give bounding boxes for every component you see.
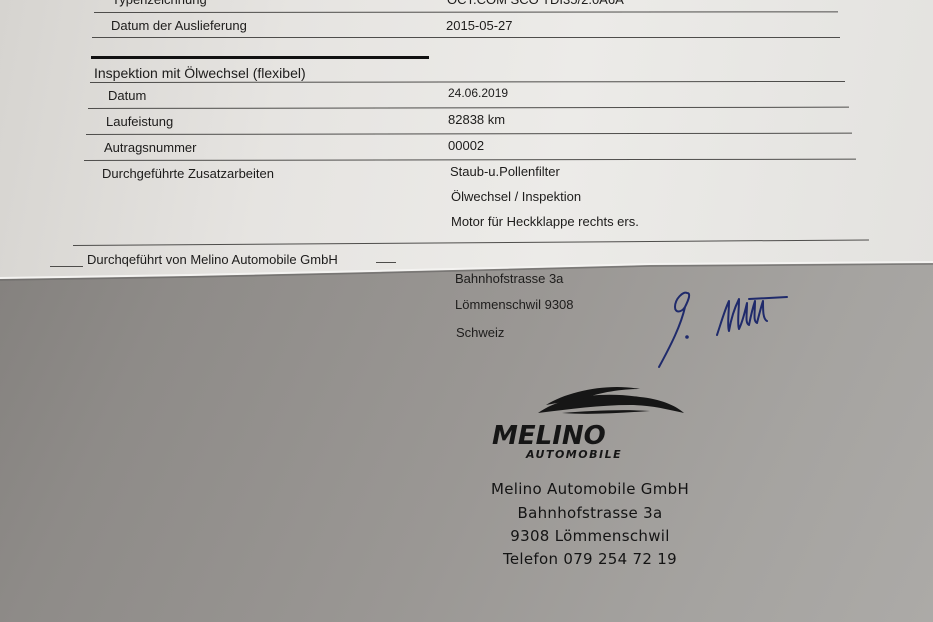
row-value-typenzeichnung: OCT.COM SCO TDI35/2.0A6A — [447, 0, 624, 7]
handwritten-signature-icon — [645, 285, 795, 375]
row-value-mileage: 82838 km — [448, 112, 505, 127]
row-divider — [86, 133, 852, 135]
stamp-city: 9308 Lömmenschwil — [460, 527, 720, 545]
row-divider — [376, 262, 396, 263]
address-city: Lömmenschwil 9308 — [455, 297, 574, 312]
row-divider — [88, 107, 849, 109]
performed-by-label: Durchqeführt von Melino Automobile GmbH — [87, 252, 338, 267]
section-title-inspection: Inspektion mit Ölwechsel (flexibel) — [94, 65, 306, 81]
row-label-typenzeichnung: Typenzeichnung — [112, 0, 207, 7]
row-divider — [73, 239, 869, 246]
address-country: Schweiz — [456, 325, 504, 340]
row-label-delivery-date: Datum der Auslieferung — [111, 18, 247, 33]
row-divider — [50, 266, 83, 267]
row-label-order-number: Autragsnummer — [104, 140, 196, 155]
melino-swoosh-logo-icon: MELINO AUTOMOBILE — [490, 383, 690, 463]
extra-work-item: Staub-u.Pollenfilter — [450, 164, 560, 179]
row-label-date: Datum — [108, 88, 146, 103]
row-label-extra-work: Durchgeführte Zusatzarbeiten — [102, 166, 274, 181]
row-divider — [92, 37, 840, 38]
row-value-date: 24.06.2019 — [448, 86, 508, 100]
svg-text:MELINO: MELINO — [492, 421, 606, 451]
extra-work-item: Ölwechsel / Inspektion — [451, 189, 581, 204]
row-divider — [84, 159, 856, 161]
address-street: Bahnhofstrasse 3a — [455, 271, 563, 286]
row-label-mileage: Laufeistung — [106, 114, 173, 129]
row-divider — [90, 81, 845, 83]
row-value-order-number: 00002 — [448, 138, 484, 153]
row-divider — [94, 11, 838, 13]
stamp-phone: Telefon 079 254 72 19 — [460, 550, 720, 568]
section-separator — [91, 56, 429, 59]
document-content: Typenzeichnung OCT.COM SCO TDI35/2.0A6A … — [0, 0, 933, 622]
extra-work-item: Motor für Heckklappe rechts ers. — [451, 214, 639, 229]
stamp-street: Bahnhofstrasse 3a — [460, 504, 720, 522]
row-value-delivery-date: 2015-05-27 — [446, 18, 513, 33]
stamp-company-name: Melino Automobile GmbH — [460, 480, 720, 498]
svg-text:AUTOMOBILE: AUTOMOBILE — [525, 448, 622, 461]
